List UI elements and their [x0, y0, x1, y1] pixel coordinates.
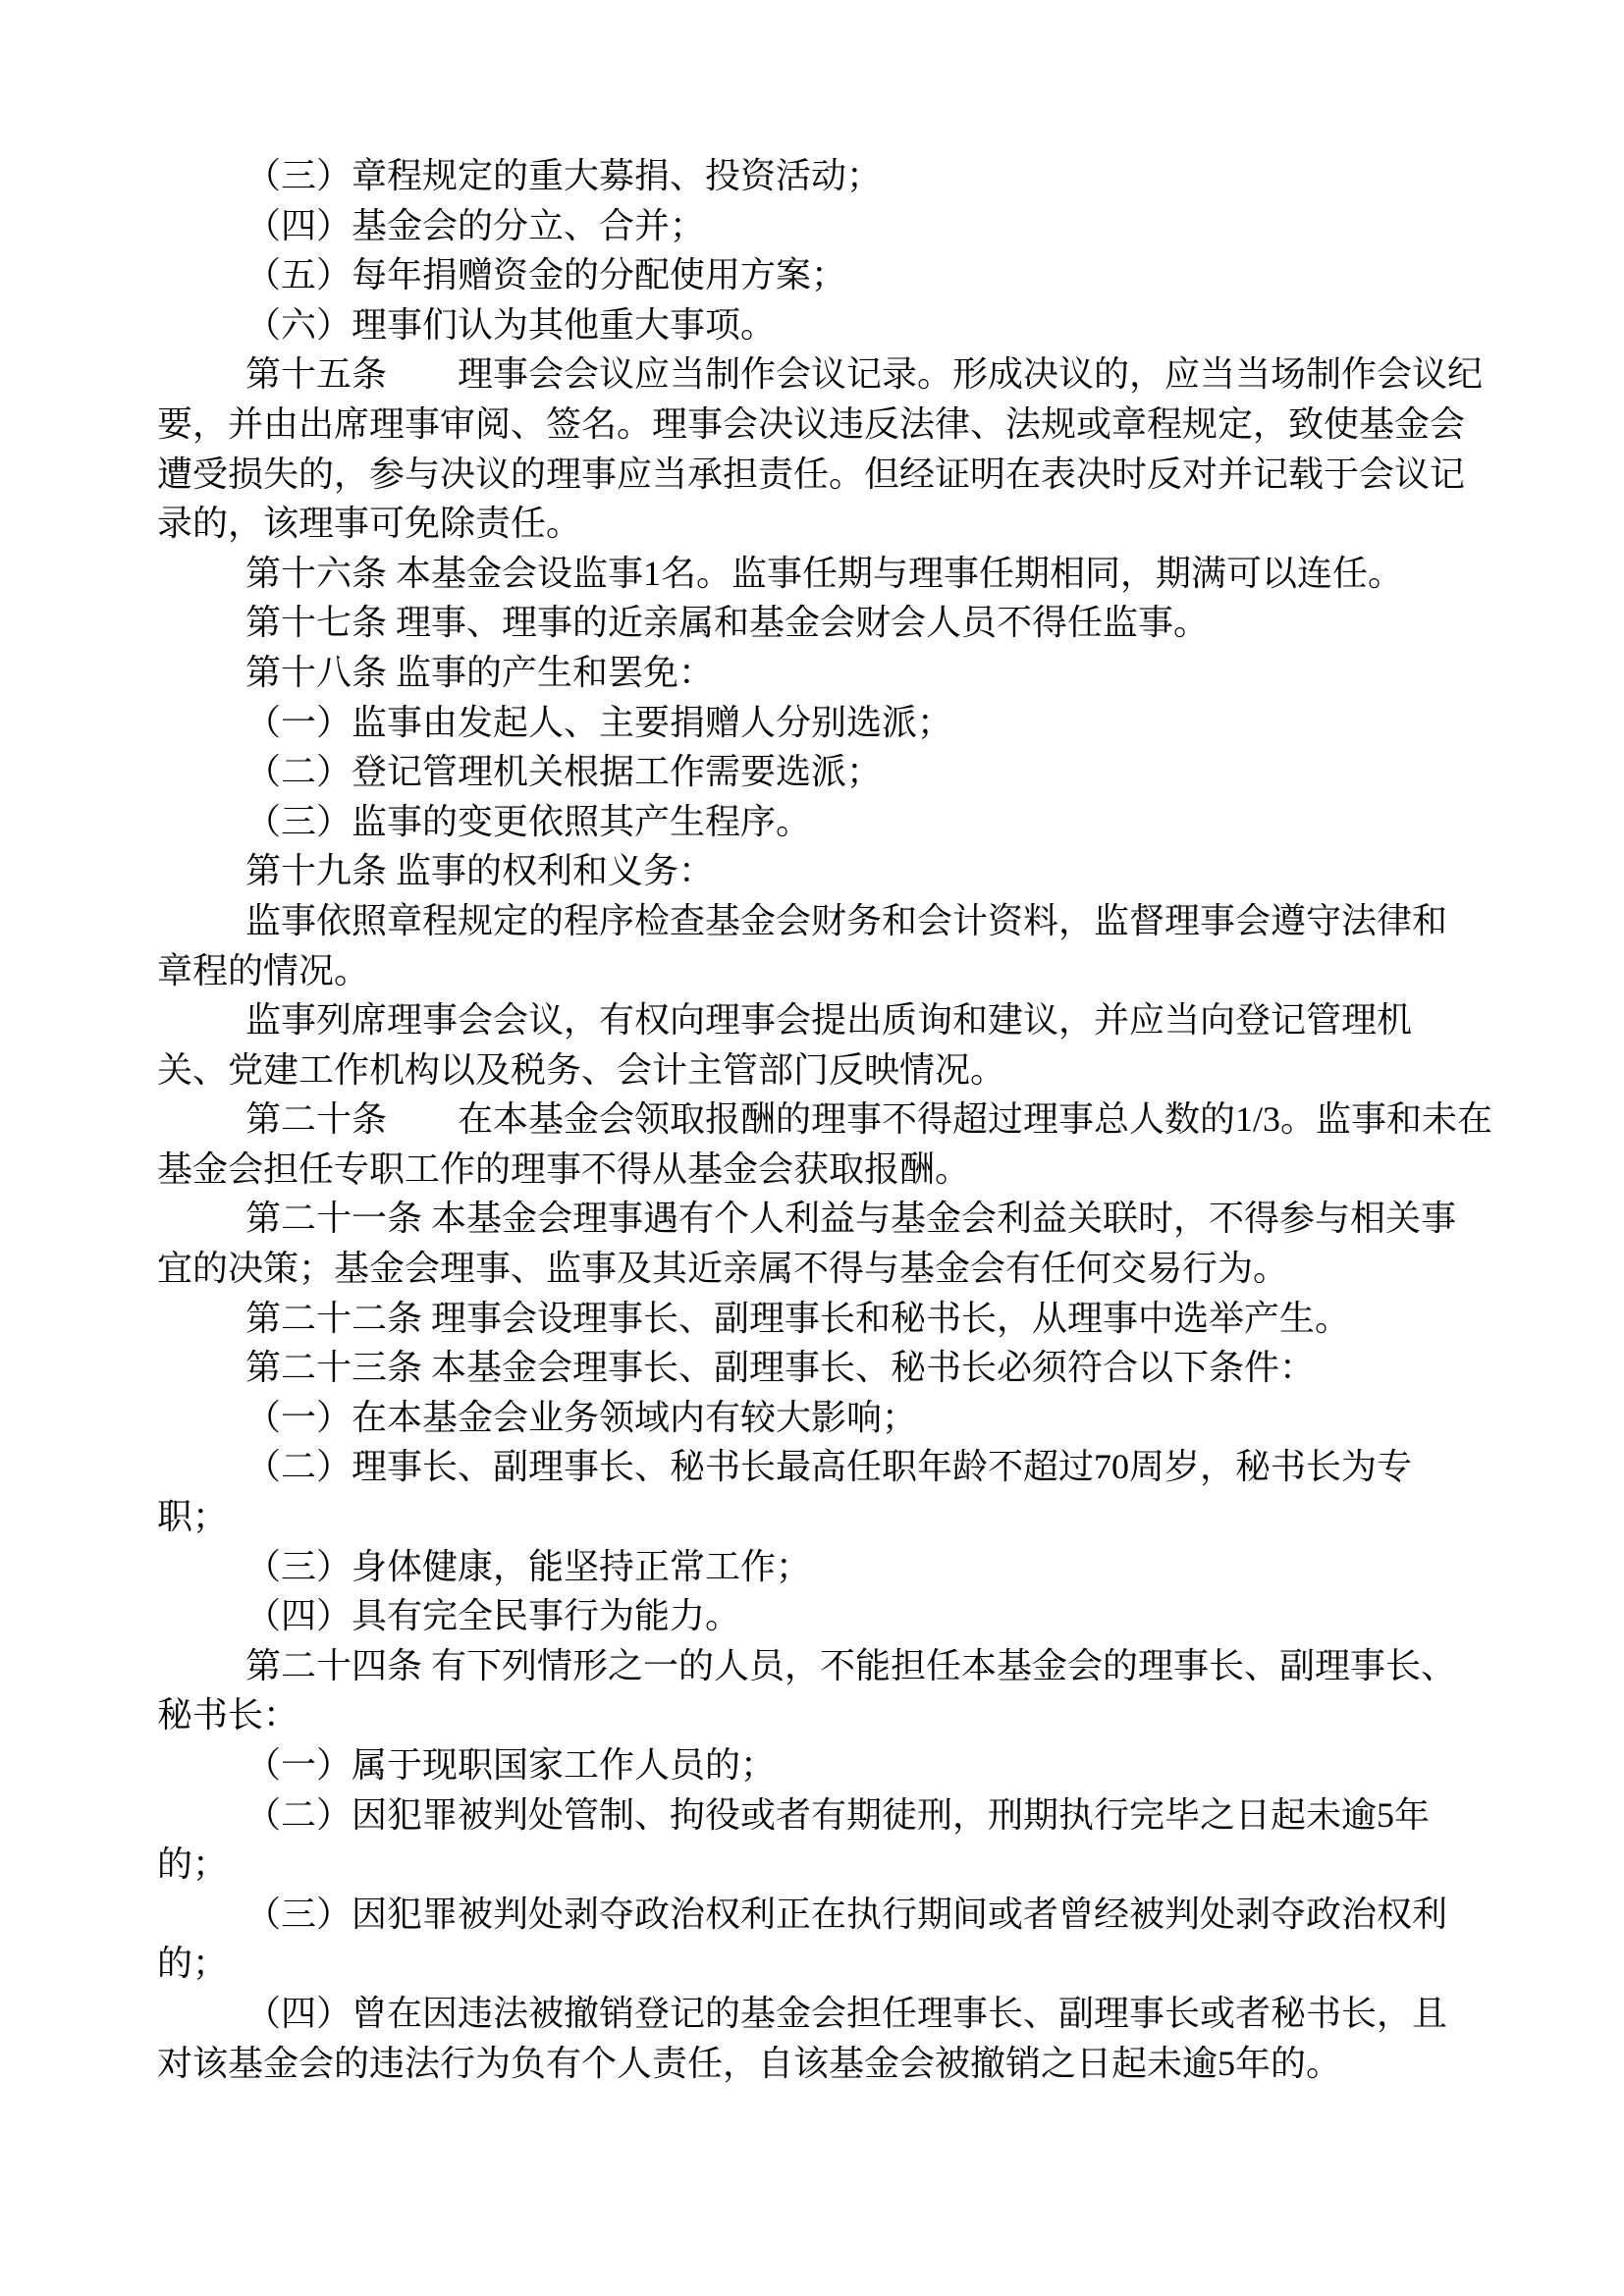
text-line: 的； — [157, 1840, 1473, 1890]
text-line: 监事依照章程规定的程序检查基金会财务和会计资料，监督理事会遵守法律和 — [157, 896, 1473, 946]
text-line: 监事列席理事会会议，有权向理事会提出质询和建议，并应当向登记管理机 — [157, 995, 1473, 1045]
text-line: （二）因犯罪被判处管制、拘役或者有期徒刑，刑期执行完毕之日起未逾5年 — [157, 1790, 1473, 1841]
text-line: （四）基金会的分立、合并； — [157, 201, 1473, 251]
text-line: （二）登记管理机关根据工作需要选派； — [157, 747, 1473, 797]
text-line: 对该基金会的违法行为负有个人责任，自该基金会被撤销之日起未逾5年的。 — [157, 2039, 1473, 2089]
text-line: （三）监事的变更依照其产生程序。 — [157, 797, 1473, 847]
text-line: 基金会担任专职工作的理事不得从基金会获取报酬。 — [157, 1145, 1473, 1195]
text-line: 遭受损失的，参与决议的理事应当承担责任。但经证明在表决时反对并记载于会议记 — [157, 450, 1473, 500]
text-line: （六）理事们认为其他重大事项。 — [157, 300, 1473, 350]
text-line: 第二十四条 有下列情形之一的人员，不能担任本基金会的理事长、副理事长、 — [157, 1641, 1473, 1691]
text-line: 关、党建工作机构以及税务、会计主管部门反映情况。 — [157, 1045, 1473, 1095]
text-line: 宜的决策；基金会理事、监事及其近亲属不得与基金会有任何交易行为。 — [157, 1244, 1473, 1294]
text-line: 第二十一条 本基金会理事遇有个人利益与基金会利益关联时，不得参与相关事 — [157, 1194, 1473, 1244]
text-line: 第二十条 在本基金会领取报酬的理事不得超过理事总人数的1/3。监事和未在 — [157, 1095, 1473, 1145]
text-line: （一）监事由发起人、主要捐赠人分别选派； — [157, 698, 1473, 748]
text-line: 职； — [157, 1492, 1473, 1542]
document-text: （三）章程规定的重大募捐、投资活动；（四）基金会的分立、合并；（五）每年捐赠资金… — [157, 151, 1473, 2088]
text-line: 录的，该理事可免除责任。 — [157, 499, 1473, 549]
text-line: 第二十三条 本基金会理事长、副理事长、秘书长必须符合以下条件： — [157, 1343, 1473, 1393]
text-line: 第十九条 监事的权利和义务： — [157, 846, 1473, 896]
document-page: （三）章程规定的重大募捐、投资活动；（四）基金会的分立、合并；（五）每年捐赠资金… — [0, 0, 1624, 2296]
text-line: 要，并由出席理事审阅、签名。理事会决议违反法律、法规或章程规定，致使基金会 — [157, 400, 1473, 450]
text-line: （二）理事长、副理事长、秘书长最高任职年龄不超过70周岁，秘书长为专 — [157, 1442, 1473, 1492]
text-line: （一）属于现职国家工作人员的； — [157, 1740, 1473, 1790]
text-line: 第十八条 监事的产生和罢免： — [157, 648, 1473, 698]
text-line: 秘书长： — [157, 1690, 1473, 1740]
text-line: 第十六条 本基金会设监事1名。监事任期与理事任期相同，期满可以连任。 — [157, 549, 1473, 599]
text-line: （三）因犯罪被判处剥夺政治权利正在执行期间或者曾经被判处剥夺政治权利 — [157, 1890, 1473, 1940]
text-line: （三）章程规定的重大募捐、投资活动； — [157, 151, 1473, 201]
text-line: 章程的情况。 — [157, 946, 1473, 996]
text-line: 第十七条 理事、理事的近亲属和基金会财会人员不得任监事。 — [157, 598, 1473, 648]
text-line: （四）具有完全民事行为能力。 — [157, 1591, 1473, 1641]
text-line: 第二十二条 理事会设理事长、副理事长和秘书长，从理事中选举产生。 — [157, 1294, 1473, 1344]
text-line: （五）每年捐赠资金的分配使用方案； — [157, 250, 1473, 300]
text-line: 第十五条 理事会会议应当制作会议记录。形成决议的，应当当场制作会议纪 — [157, 349, 1473, 400]
text-line: （一）在本基金会业务领域内有较大影响； — [157, 1393, 1473, 1443]
text-line: 的； — [157, 1939, 1473, 1989]
text-line: （四）曾在因违法被撤销登记的基金会担任理事长、副理事长或者秘书长，且 — [157, 1989, 1473, 2039]
text-line: （三）身体健康，能坚持正常工作； — [157, 1542, 1473, 1592]
